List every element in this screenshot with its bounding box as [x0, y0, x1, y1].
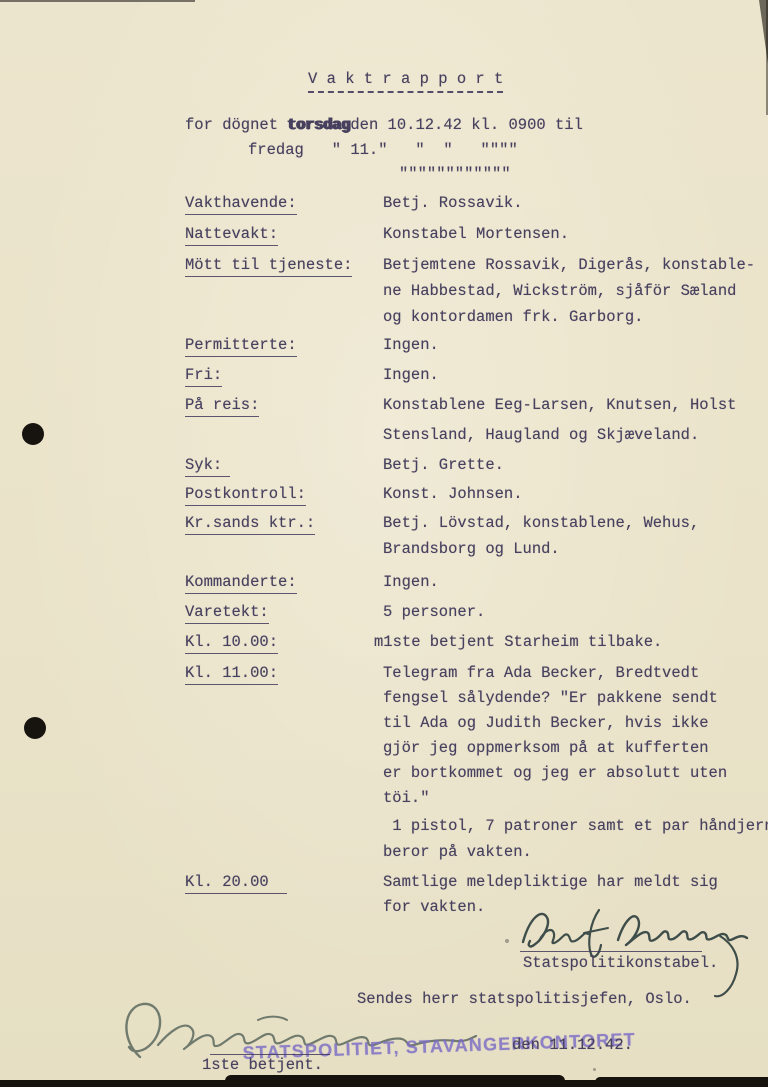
value-pistol-line2: beror på vakten. [383, 845, 532, 861]
label-kl-1000: Kl. 10.00: [185, 635, 278, 654]
label-varetekt: Varetekt: [185, 605, 269, 624]
scan-edge-bottom-blob-left [225, 1075, 565, 1087]
value-kl-1100-line2: fengsel sålydende? "Er pakkene sendt [383, 691, 718, 707]
label-kommanderte: Kommanderte: [185, 575, 297, 594]
value-kl-1100-line3: til Ada og Judith Becker, hvis ikke [383, 716, 709, 732]
value-nattevakt: Konstabel Mortensen. [383, 227, 569, 243]
value-pa-reis-line2: Stensland, Haugland og Skjæveland. [383, 428, 699, 444]
paper-speck [593, 1068, 596, 1071]
label-kl-1100: Kl. 11.00: [185, 666, 278, 685]
value-kl-1100-line1: Telegram fra Ada Becker, Bredtvedt [383, 666, 699, 682]
value-fri: Ingen. [383, 368, 439, 384]
label-permitterte: Permitterte: [185, 338, 297, 357]
value-krsands-line1: Betj. Lövstad, konstablene, Wehus, [383, 516, 699, 532]
second-signature-underline [210, 1054, 330, 1055]
value-kommanderte: Ingen. [383, 575, 439, 591]
signature-underline [520, 951, 702, 952]
date-rest: den 10.12.42 kl. 0900 til [350, 116, 583, 134]
scanned-guard-report-page: V a k t r a p p o r t for dögnet torsdag… [0, 0, 768, 1087]
label-postkontroll: Postkontroll: [185, 487, 306, 506]
label-vakthavende: Vakthavende: [185, 196, 297, 215]
value-mott-line3: og kontordamen frk. Garborg. [383, 310, 643, 326]
value-pistol-line1: 1 pistol, 7 patroner samt et par håndjer… [383, 819, 768, 835]
signoff-role: Statspolitikonstabel. [523, 956, 718, 972]
value-kl-2000-line1: Samtlige meldepliktige har meldt sig [383, 875, 718, 891]
label-kl-2000: Kl. 20.00 [185, 875, 287, 894]
label-pa-reis: På reis: [185, 398, 259, 417]
second-signoff-role: 1ste betjent. [202, 1058, 323, 1074]
value-mott-line2: ne Habbestad, Wickström, sjåför Sæland [383, 284, 736, 300]
report-date-line1: for dögnet torsdagden 10.12.42 kl. 0900 … [185, 118, 583, 134]
label-mott-til-tjeneste: Mött til tjeneste: [185, 258, 352, 277]
value-mott-line1: Betjemtene Rossavik, Digerås, konstable- [383, 258, 755, 274]
value-syk: Betj. Grette. [383, 458, 504, 474]
value-krsands-line2: Brandsborg og Lund. [383, 542, 560, 558]
label-syk: Syk: [185, 458, 230, 477]
value-pa-reis-line1: Konstablene Eeg-Larsen, Knutsen, Holst [383, 398, 736, 414]
value-varetekt: 5 personer. [383, 605, 485, 621]
date-prefix: for dögnet [185, 116, 287, 134]
punch-hole-top [22, 423, 44, 445]
label-krsands-ktr: Kr.sands ktr.: [185, 516, 315, 535]
value-permitterte: Ingen. [383, 338, 439, 354]
report-date-line3: """""""""""" [399, 167, 511, 183]
label-nattevakt: Nattevakt: [185, 227, 278, 246]
value-kl-1100-line4: gjör jeg oppmerksom på at kufferten [383, 741, 709, 757]
label-fri: Fri: [185, 368, 222, 387]
handwritten-date-line: den 11.12.42. [512, 1038, 633, 1054]
report-title: V a k t r a p p o r t [308, 72, 503, 93]
scan-edge-bottom-blob-right [595, 1077, 768, 1087]
value-kl-1000: m1ste betjent Starheim tilbake. [374, 635, 662, 651]
value-kl-1100-line6: töi." [383, 791, 430, 807]
punch-hole-bottom [24, 717, 46, 739]
value-postkontroll: Konst. Johnsen. [383, 487, 523, 503]
report-date-line2: fredag " 11." " " """" [248, 143, 518, 159]
date-day-overstruck: torsdag [287, 116, 350, 134]
value-vakthavende: Betj. Rossavik. [383, 196, 523, 212]
value-kl-2000-line2: for vakten. [383, 900, 485, 916]
value-kl-1100-line5: er bortkommet og jeg er absolutt uten [383, 766, 727, 782]
scan-edge-top [0, 0, 195, 2]
